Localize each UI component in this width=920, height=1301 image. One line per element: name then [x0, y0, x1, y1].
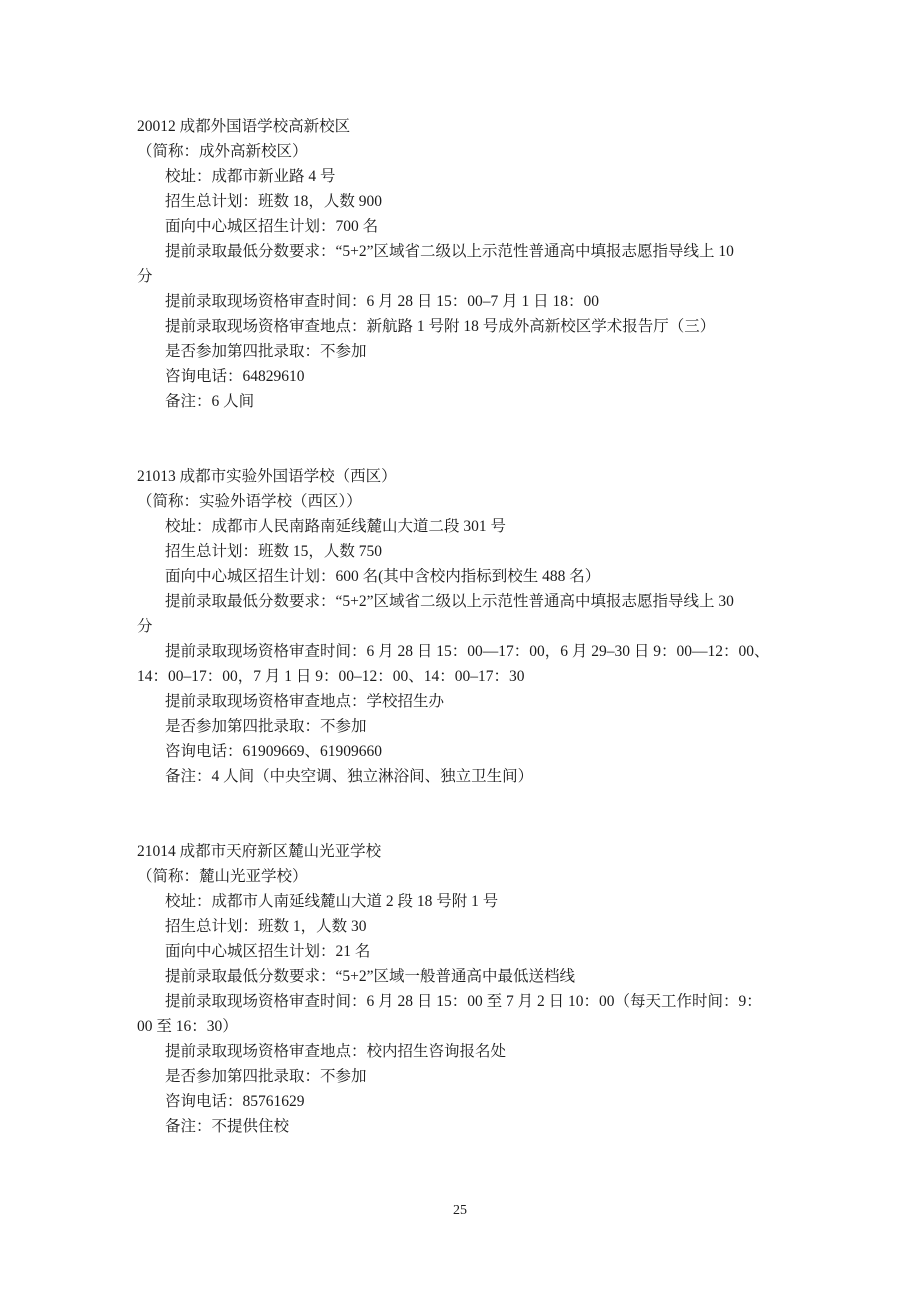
phone-line: 咨询电话：64829610	[137, 364, 783, 389]
school-abbr-line: （简称：实验外语学校（西区））	[137, 489, 783, 514]
remark-line: 备注：不提供住校	[137, 1114, 783, 1139]
min-score-continuation-line: 分	[137, 614, 783, 639]
school-entry-21014: 21014 成都市天府新区麓山光亚学校 （简称：麓山光亚学校） 校址：成都市人南…	[137, 839, 783, 1139]
page-footer: 25	[0, 1201, 920, 1221]
address-line: 校址：成都市人民南路南延线麓山大道二段 301 号	[137, 514, 783, 539]
min-score-continuation-line: 分	[137, 264, 783, 289]
school-abbr-line: （简称：麓山光亚学校）	[137, 864, 783, 889]
central-district-plan-line: 面向中心城区招生计划：600 名(其中含校内指标到校生 488 名）	[137, 564, 783, 589]
address-line: 校址：成都市人南延线麓山大道 2 段 18 号附 1 号	[137, 889, 783, 914]
total-plan-line: 招生总计划：班数 15，人数 750	[137, 539, 783, 564]
review-location-line: 提前录取现场资格审查地点：学校招生办	[137, 689, 783, 714]
review-time-line: 提前录取现场资格审查时间：6 月 28 日 15：00 至 7 月 2 日 10…	[137, 989, 783, 1014]
school-entry-21013: 21013 成都市实验外国语学校（西区） （简称：实验外语学校（西区）） 校址：…	[137, 464, 783, 789]
fourth-batch-line: 是否参加第四批录取：不参加	[137, 1064, 783, 1089]
central-district-plan-line: 面向中心城区招生计划：21 名	[137, 939, 783, 964]
min-score-line: 提前录取最低分数要求：“5+2”区域一般普通高中最低送档线	[137, 964, 783, 989]
min-score-line: 提前录取最低分数要求：“5+2”区域省二级以上示范性普通高中填报志愿指导线上 3…	[137, 589, 783, 614]
school-abbr-line: （简称：成外高新校区）	[137, 139, 783, 164]
school-entry-20012: 20012 成都外国语学校高新校区 （简称：成外高新校区） 校址：成都市新业路 …	[137, 114, 783, 414]
address-line: 校址：成都市新业路 4 号	[137, 164, 783, 189]
remark-line: 备注：6 人间	[137, 389, 783, 414]
page-number: 25	[453, 1203, 467, 1218]
total-plan-line: 招生总计划：班数 18，人数 900	[137, 189, 783, 214]
fourth-batch-line: 是否参加第四批录取：不参加	[137, 714, 783, 739]
remark-line: 备注：4 人间（中央空调、独立淋浴间、独立卫生间）	[137, 764, 783, 789]
central-district-plan-line: 面向中心城区招生计划：700 名	[137, 214, 783, 239]
school-title-line: 21013 成都市实验外国语学校（西区）	[137, 464, 783, 489]
document-body: 20012 成都外国语学校高新校区 （简称：成外高新校区） 校址：成都市新业路 …	[137, 114, 783, 1139]
review-location-line: 提前录取现场资格审查地点：新航路 1 号附 18 号成外高新校区学术报告厅（三）	[137, 314, 783, 339]
fourth-batch-line: 是否参加第四批录取：不参加	[137, 339, 783, 364]
school-title-line: 21014 成都市天府新区麓山光亚学校	[137, 839, 783, 864]
school-title-line: 20012 成都外国语学校高新校区	[137, 114, 783, 139]
min-score-line: 提前录取最低分数要求：“5+2”区域省二级以上示范性普通高中填报志愿指导线上 1…	[137, 239, 783, 264]
review-time-continuation-line: 14：00–17：00，7 月 1 日 9：00–12：00、14：00–17：…	[137, 664, 783, 689]
phone-line: 咨询电话：61909669、61909660	[137, 739, 783, 764]
review-time-continuation-line: 00 至 16：30）	[137, 1014, 783, 1039]
review-time-line: 提前录取现场资格审查时间：6 月 28 日 15：00—17：00，6 月 29…	[137, 639, 783, 664]
phone-line: 咨询电话：85761629	[137, 1089, 783, 1114]
total-plan-line: 招生总计划：班数 1，人数 30	[137, 914, 783, 939]
review-time-line: 提前录取现场资格审查时间：6 月 28 日 15：00–7 月 1 日 18：0…	[137, 289, 783, 314]
review-location-line: 提前录取现场资格审查地点：校内招生咨询报名处	[137, 1039, 783, 1064]
